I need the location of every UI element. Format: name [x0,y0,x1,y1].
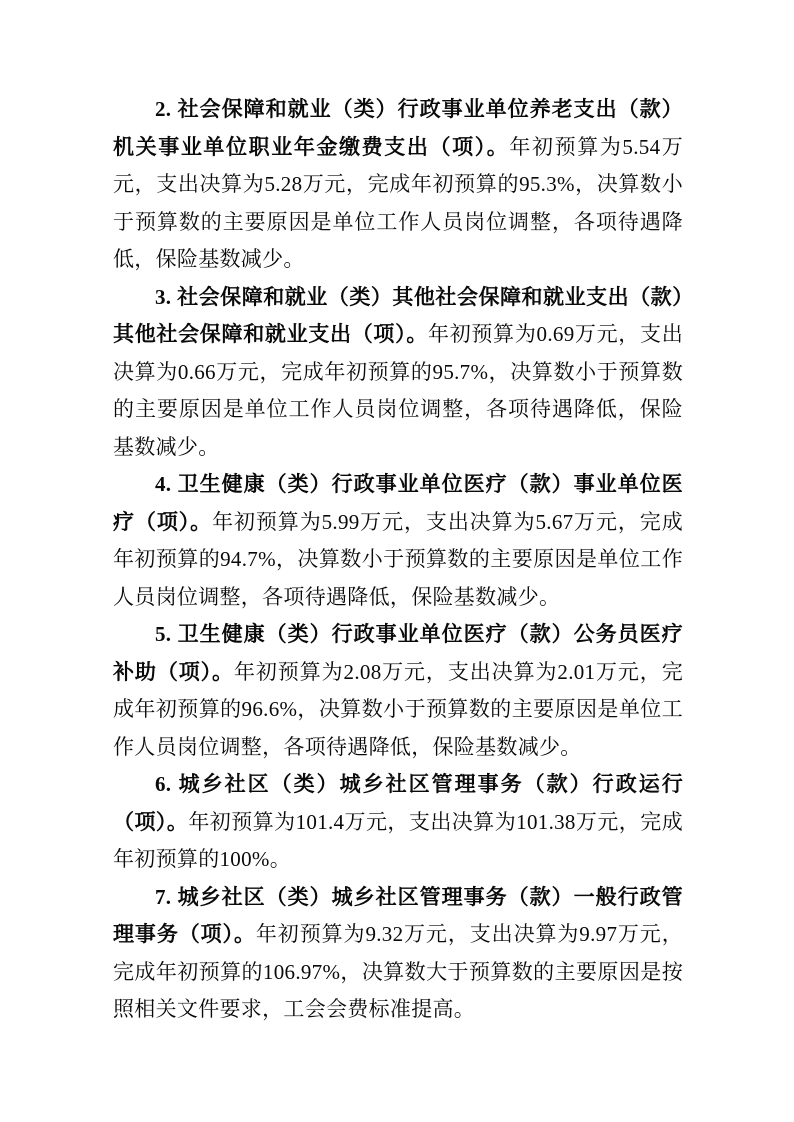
paragraph-item-6: 6. 城乡社区（类）城乡社区管理事务（款）行政运行（项）。年初预算为101.4万… [113,766,683,879]
paragraph-6-body: 年初预算为101.4万元，支出决算为101.38万元，完成年初预算的100%。 [113,810,683,872]
paragraph-item-5: 5. 卫生健康（类）行政事业单位医疗（款）公务员医疗补助（项）。年初预算为2.0… [113,616,683,766]
paragraph-item-4: 4. 卫生健康（类）行政事业单位医疗（款）事业单位医疗（项）。年初预算为5.99… [113,466,683,616]
document-page: 2. 社会保障和就业（类）行政事业单位养老支出（款）机关事业单位职业年金缴费支出… [0,0,794,1122]
paragraph-item-7: 7. 城乡社区（类）城乡社区管理事务（款）一般行政管理事务（项）。年初预算为9.… [113,879,683,1029]
paragraph-item-3: 3. 社会保障和就业（类）其他社会保障和就业支出（款）其他社会保障和就业支出（项… [113,279,683,467]
document-text-block: 2. 社会保障和就业（类）行政事业单位养老支出（款）机关事业单位职业年金缴费支出… [113,91,683,1029]
paragraph-item-2: 2. 社会保障和就业（类）行政事业单位养老支出（款）机关事业单位职业年金缴费支出… [113,91,683,279]
